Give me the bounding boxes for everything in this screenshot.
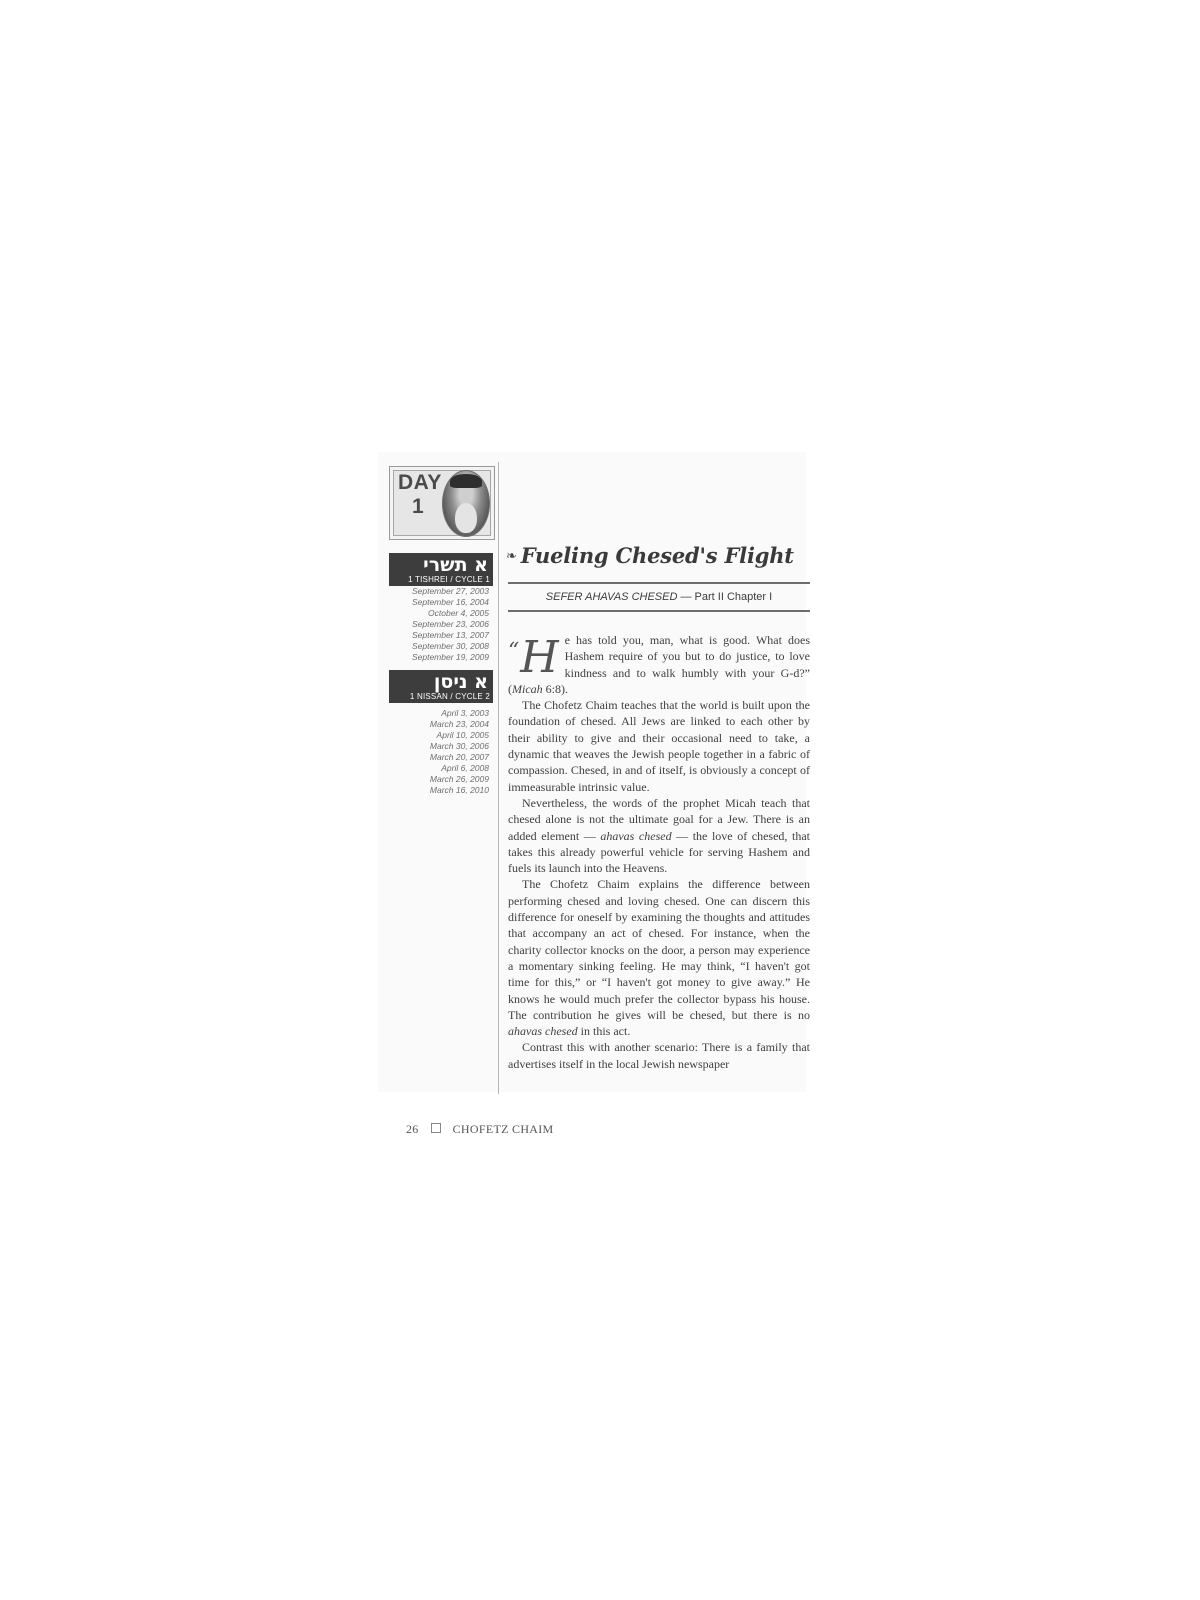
subtitle-chapter: Part II Chapter I bbox=[695, 591, 773, 603]
citation: Micah bbox=[512, 682, 543, 696]
date-item: April 6, 2008 bbox=[389, 763, 489, 774]
book-page: DAY 1 א תשרי 1 TISHREI / CYCLE 1 Septemb… bbox=[0, 0, 1200, 1600]
paragraph-2: The Chofetz Chaim teaches that the world… bbox=[508, 697, 810, 795]
book-title: CHOFETZ CHAIM bbox=[453, 1122, 554, 1136]
hebrew-date: א תשרי bbox=[389, 553, 493, 575]
date-item: April 10, 2005 bbox=[389, 730, 489, 741]
column-divider bbox=[498, 462, 499, 1094]
article-title-text: Fueling Chesed's Flight bbox=[521, 543, 794, 568]
hebrew-date: א ניסן bbox=[389, 670, 493, 692]
date-item: September 19, 2009 bbox=[389, 652, 489, 663]
paragraph-4: The Chofetz Chaim explains the differenc… bbox=[508, 876, 810, 1039]
paragraph-5: Contrast this with another scenario: The… bbox=[508, 1039, 810, 1072]
date-item: September 23, 2006 bbox=[389, 619, 489, 630]
article-body: “He has told you, man, what is good. Wha… bbox=[508, 632, 810, 1072]
date-item: October 4, 2005 bbox=[389, 608, 489, 619]
portrait-hat bbox=[450, 474, 482, 488]
article-subtitle: SEFER AHAVAS CHESED — Part II Chapter I bbox=[508, 591, 810, 603]
date-item: April 3, 2003 bbox=[389, 708, 489, 719]
month-header-tishrei: א תשרי 1 TISHREI / CYCLE 1 bbox=[389, 553, 493, 586]
paragraph-3: Nevertheless, the words of the prophet M… bbox=[508, 795, 810, 876]
date-item: March 30, 2006 bbox=[389, 741, 489, 752]
subtitle-source: SEFER AHAVAS CHESED bbox=[546, 591, 678, 603]
cycle-label: 1 TISHREI / CYCLE 1 bbox=[389, 575, 493, 586]
portrait-beard bbox=[455, 503, 477, 533]
cycle-label: 1 NISSAN / CYCLE 2 bbox=[389, 692, 493, 703]
day-number: 1 bbox=[412, 495, 424, 519]
date-list-cycle-2: April 3, 2003 March 23, 2004 April 10, 2… bbox=[389, 708, 489, 796]
portrait-image bbox=[442, 470, 490, 537]
day-label: DAY bbox=[398, 471, 442, 495]
paragraph-1: “He has told you, man, what is good. Wha… bbox=[508, 632, 810, 697]
subtitle-separator: — bbox=[677, 591, 694, 603]
day-box: DAY 1 bbox=[389, 466, 495, 540]
article-title: ❧Fueling Chesed's Flight bbox=[506, 543, 810, 568]
date-item: March 20, 2007 bbox=[389, 752, 489, 763]
month-header-nissan: א ניסן 1 NISSAN / CYCLE 2 bbox=[389, 670, 493, 703]
page-number: 26 bbox=[406, 1122, 419, 1136]
title-rule-top bbox=[508, 582, 810, 584]
square-bullet-icon bbox=[431, 1123, 441, 1133]
ornament-icon: ❧ bbox=[506, 549, 517, 564]
page-footer: 26CHOFETZ CHAIM bbox=[406, 1122, 554, 1137]
date-list-cycle-1: September 27, 2003 September 16, 2004 Oc… bbox=[389, 586, 489, 663]
date-item: March 23, 2004 bbox=[389, 719, 489, 730]
date-item: September 27, 2003 bbox=[389, 586, 489, 597]
drop-cap: “H bbox=[508, 634, 559, 676]
date-item: September 16, 2004 bbox=[389, 597, 489, 608]
date-item: March 16, 2010 bbox=[389, 785, 489, 796]
title-rule-bottom bbox=[508, 610, 810, 612]
date-item: September 13, 2007 bbox=[389, 630, 489, 641]
date-item: March 26, 2009 bbox=[389, 774, 489, 785]
date-item: September 30, 2008 bbox=[389, 641, 489, 652]
